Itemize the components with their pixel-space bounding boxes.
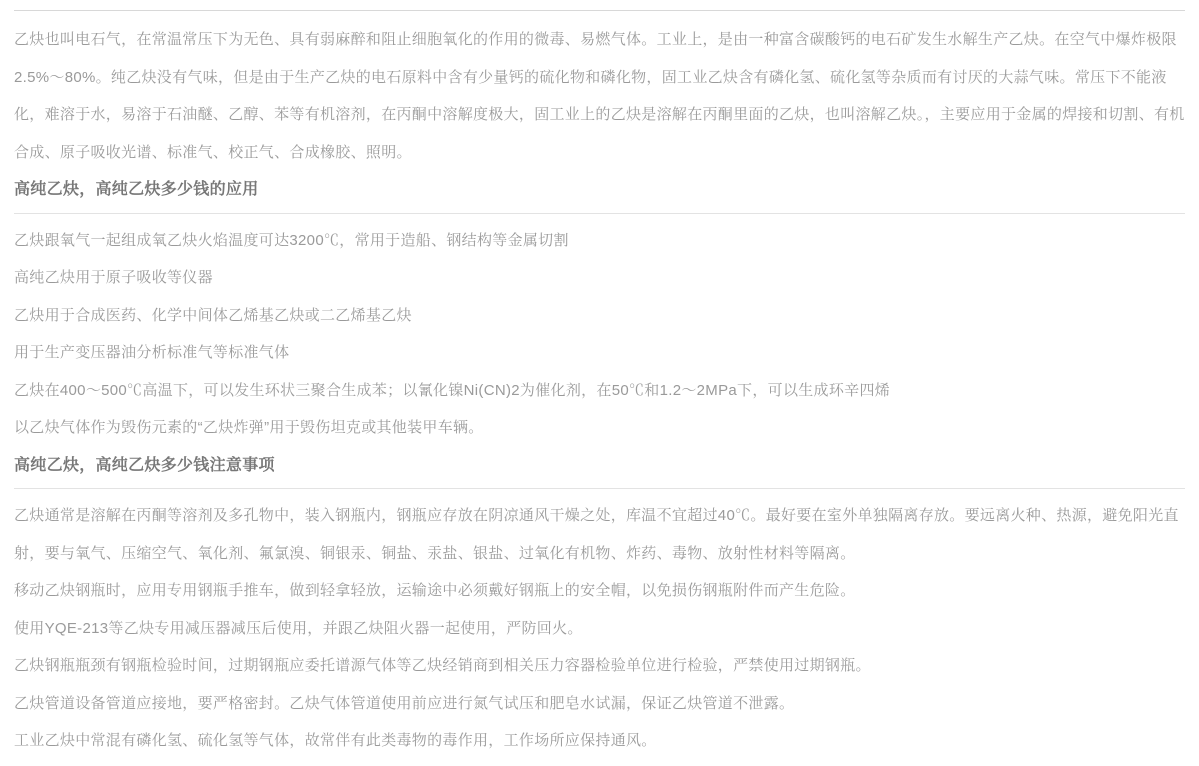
- application-paragraph: 用于生产变压器油分析标准气等标准气体: [14, 334, 1185, 372]
- section-applications: 乙炔跟氧气一起组成氧乙炔火焰温度可达3200℃，常用于造船、钢结构等金属切割 高…: [14, 222, 1185, 447]
- application-paragraph: 乙炔用于合成医药、化学中间体乙烯基乙炔或二乙烯基乙炔: [14, 297, 1185, 335]
- application-paragraph: 高纯乙炔用于原子吸收等仪器: [14, 259, 1185, 297]
- precaution-paragraph: 移动乙炔钢瓶时，应用专用钢瓶手推车，做到轻拿轻放，运输途中必须戴好钢瓶上的安全帽…: [14, 572, 1185, 610]
- precaution-paragraph: 使用YQE-213等乙炔专用减压器减压后使用，并跟乙炔阻火器一起使用，严防回火。: [14, 610, 1185, 648]
- section-precautions: 乙炔通常是溶解在丙酮等溶剂及多孔物中，装入钢瓶内，钢瓶应存放在阴凉通风干燥之处，…: [14, 497, 1185, 760]
- application-paragraph: 以乙炔气体作为毁伤元素的“乙炔炸弹”用于毁伤坦克或其他装甲车辆。: [14, 409, 1185, 447]
- precaution-paragraph: 乙炔通常是溶解在丙酮等溶剂及多孔物中，装入钢瓶内，钢瓶应存放在阴凉通风干燥之处，…: [14, 497, 1185, 572]
- section-divider-1: [14, 213, 1185, 214]
- precaution-paragraph: 乙炔管道设备管道应接地，要严格密封。乙炔气体管道使用前应进行氮气试压和肥皂水试漏…: [14, 685, 1185, 723]
- section-heading-applications: 高纯乙炔，高纯乙炔多少钱的应用: [14, 171, 1185, 209]
- intro-paragraph: 乙炔也叫电石气，在常温常压下为无色、具有弱麻醉和阻止细胞氧化的作用的微毒、易燃气…: [14, 21, 1185, 171]
- precaution-paragraph: 工业乙炔中常混有磷化氢、硫化氢等气体，故常伴有此类毒物的毒作用，工作场所应保持通…: [14, 722, 1185, 760]
- section-divider-2: [14, 488, 1185, 489]
- precaution-paragraph: 乙炔钢瓶瓶颈有钢瓶检验时间，过期钢瓶应委托谱源气体等乙炔经销商到相关压力容器检验…: [14, 647, 1185, 685]
- section-heading-precautions: 高纯乙炔，高纯乙炔多少钱注意事项: [14, 447, 1185, 485]
- application-paragraph: 乙炔在400～500℃高温下，可以发生环状三聚合生成苯；以氰化镍Ni(CN)2为…: [14, 372, 1185, 410]
- article-page: 乙炔也叫电石气，在常温常压下为无色、具有弱麻醉和阻止细胞氧化的作用的微毒、易燃气…: [0, 0, 1199, 766]
- application-paragraph: 乙炔跟氧气一起组成氧乙炔火焰温度可达3200℃，常用于造船、钢结构等金属切割: [14, 222, 1185, 260]
- top-divider: [14, 10, 1185, 11]
